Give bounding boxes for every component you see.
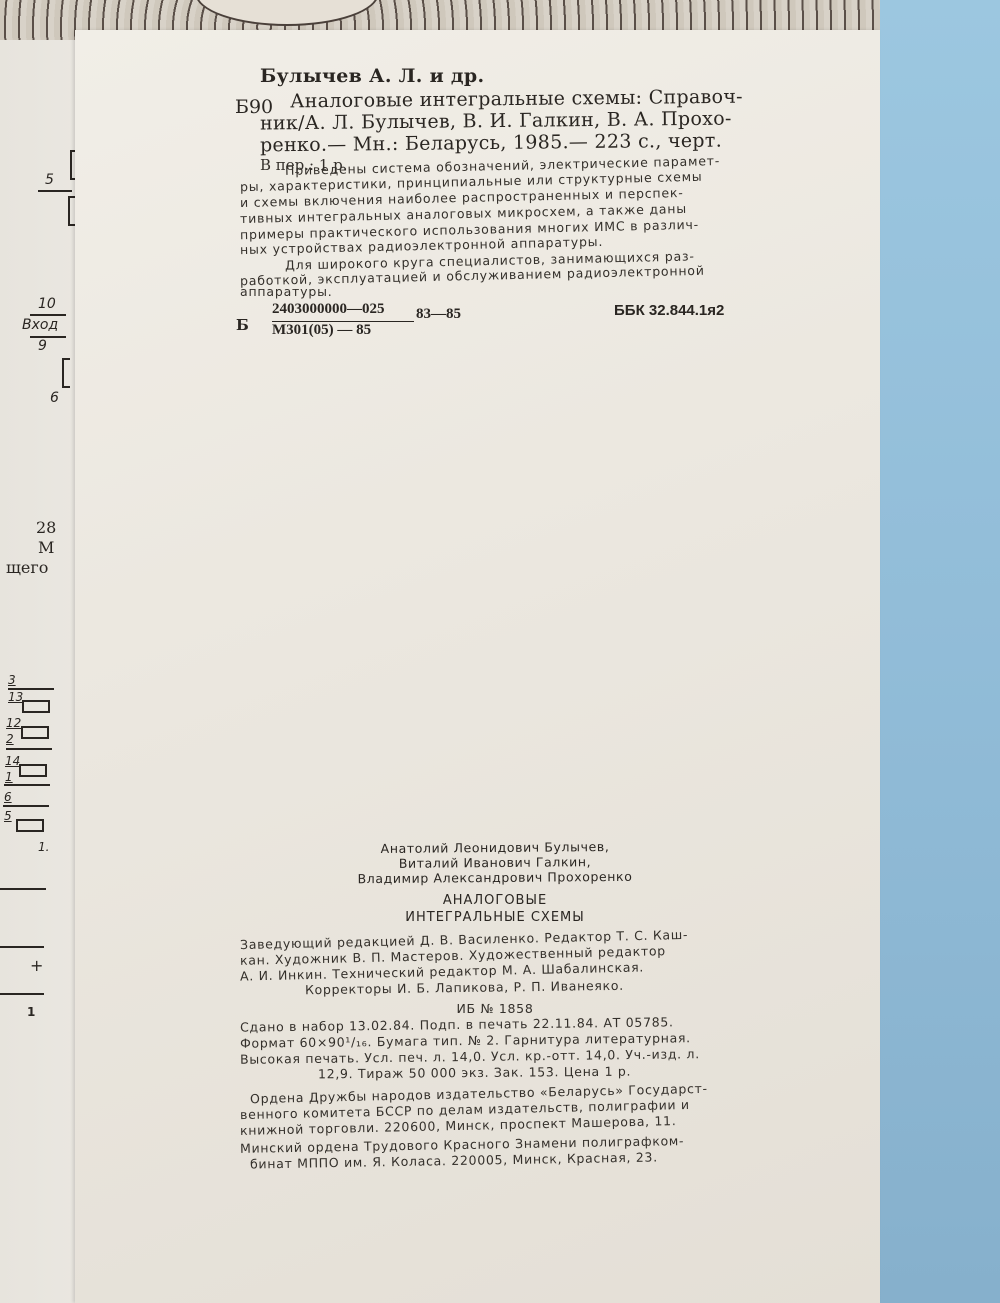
pin-label: 3	[8, 673, 16, 687]
resistor-symbol	[21, 726, 49, 739]
pin-label: 6	[4, 790, 12, 804]
schematic-line	[0, 946, 44, 948]
schematic-line	[30, 336, 66, 338]
plus-mark: +	[30, 956, 43, 975]
text-fragment: М	[38, 538, 54, 557]
schematic-line	[0, 888, 46, 890]
schematic-line	[38, 190, 72, 192]
text-fragment: 28	[36, 518, 56, 537]
pin-label: 13	[8, 690, 23, 704]
schematic-line	[3, 805, 49, 807]
book-title: ИНТЕГРАЛЬНЫЕ СХЕМЫ	[240, 910, 750, 925]
resistor-symbol	[22, 700, 50, 713]
blue-background	[868, 0, 1000, 1303]
pin-label: 2	[6, 732, 14, 746]
schematic-line	[0, 993, 44, 995]
isbn-numerator: 2403000000—025	[272, 301, 385, 318]
bbk-code: ББК 32.844.1я2	[614, 302, 724, 319]
pin-label: 5	[4, 809, 12, 823]
pin-label: 10	[38, 296, 56, 312]
annotation-line: аппаратуры.	[240, 284, 333, 299]
input-label: Вход	[22, 317, 58, 333]
pin-label: 9	[38, 338, 47, 354]
pin-label: 12	[6, 716, 21, 730]
schematic-bracket	[62, 358, 70, 388]
cover-medallion	[195, 0, 379, 26]
isbn-denominator: М301(05) — 85	[272, 322, 371, 339]
isbn-prefix: Б	[236, 316, 249, 334]
text-fragment: щего	[6, 558, 48, 577]
resistor-symbol	[16, 819, 44, 832]
book-title: АНАЛОГОВЫЕ	[240, 893, 750, 908]
pin-label: 1.	[38, 840, 49, 854]
schematic-line	[30, 314, 66, 316]
schematic-line	[6, 748, 52, 750]
isbn-suffix: 83—85	[416, 306, 461, 323]
pin-label: 5	[45, 172, 54, 188]
pin-label: 1	[5, 770, 13, 784]
schematic-line	[4, 784, 50, 786]
pin-label: 1	[27, 1005, 35, 1019]
print-info-line: 12,9. Тираж 50 000 экз. Зак. 153. Цена 1…	[318, 1064, 631, 1082]
resistor-symbol	[19, 764, 47, 777]
pin-label: 14	[5, 754, 20, 768]
pin-label: 6	[50, 390, 59, 406]
author-line: Булычев А. Л. и др.	[260, 65, 484, 87]
